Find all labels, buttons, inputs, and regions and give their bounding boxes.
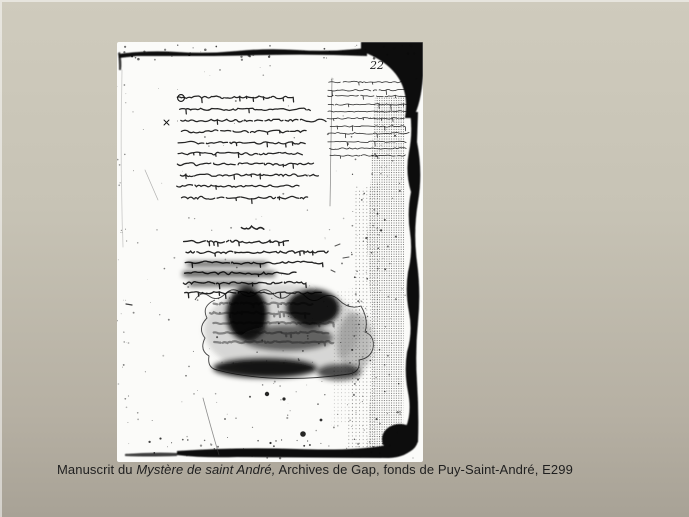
manuscript-scan-image: 22 bbox=[117, 42, 423, 462]
caption-prefix: Manuscrit du bbox=[57, 462, 136, 477]
slide-caption: Manuscrit du Mystère de saint André, Arc… bbox=[57, 462, 573, 477]
caption-suffix: Archives de Gap, fonds de Puy-Saint-Andr… bbox=[275, 462, 572, 477]
presentation-slide: 22 Manuscrit du Mystère de saint André, … bbox=[0, 0, 689, 517]
folio-number: 22 bbox=[369, 59, 384, 72]
manuscript-scan-svg: 22 bbox=[117, 42, 423, 462]
caption-work-title: Mystère de saint André, bbox=[136, 462, 275, 477]
